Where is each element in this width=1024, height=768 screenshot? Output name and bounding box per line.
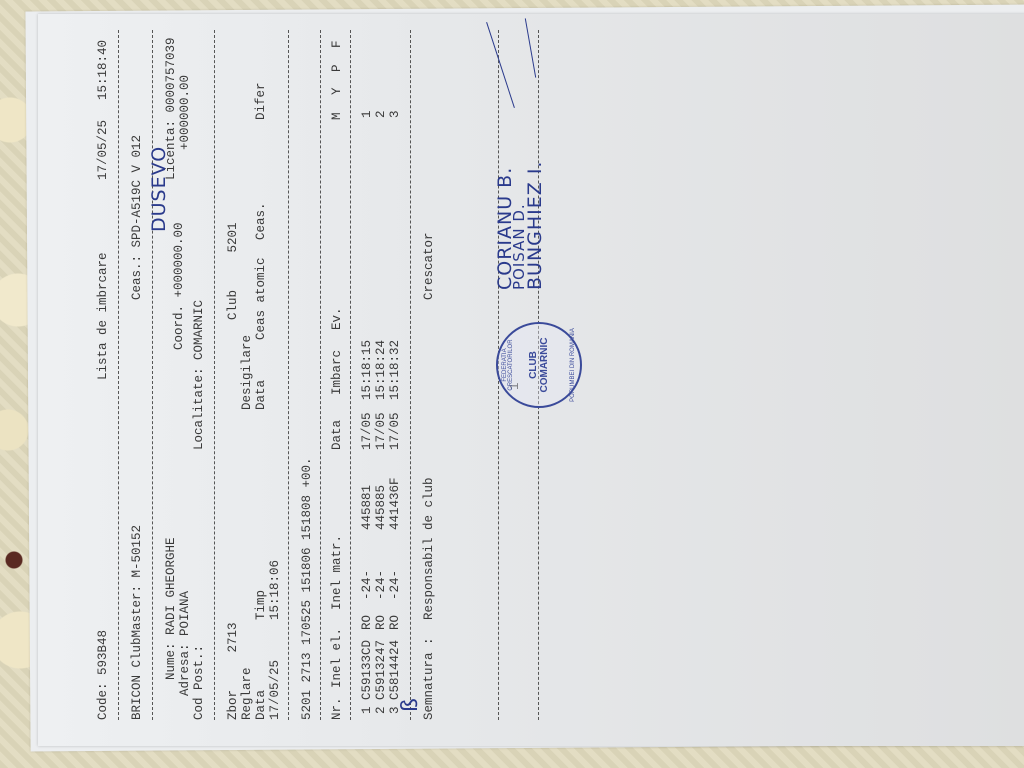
club-stamp: FEDERATIA CRESCATORILOR CLUB COMARNIC PO… — [496, 322, 582, 408]
handwritten-signature: ß — [398, 697, 423, 712]
handwritten-name-3: BUNGHIEZ I. — [524, 161, 546, 290]
zbor-value: 2713 — [226, 622, 240, 652]
code-value: 593B48 — [96, 630, 110, 675]
col-difer: Difer — [254, 82, 269, 120]
crescator-label: Crescator — [422, 232, 437, 300]
document-title: Lista de imbrcare — [96, 252, 111, 380]
divider — [350, 30, 351, 720]
row-year: -24- — [374, 570, 389, 600]
coord-line: Coord. +000000.00 — [172, 222, 187, 350]
desigilare-label: Desigilare — [240, 335, 255, 410]
nume-value: RADI GHEORGHE — [164, 537, 178, 635]
clubmaster-value: M-50152 — [130, 525, 144, 578]
zbor-label: Zbor — [226, 690, 240, 720]
th-y: Y — [330, 87, 345, 95]
row-year: -24- — [388, 570, 403, 600]
col-timp: Timp — [254, 590, 269, 620]
handwritten-locality: DUSEVO — [148, 146, 170, 232]
row-data: 17/05 — [374, 412, 389, 450]
row-nr: 2 — [374, 706, 389, 714]
th-f: F — [330, 40, 345, 48]
row-inel-matr: 445881 — [360, 485, 375, 530]
row-inel-matr: 445885 — [374, 485, 389, 530]
clubmaster-label: BRICON ClubMaster: — [130, 585, 144, 720]
row-inel-el: C59133CD — [360, 640, 375, 700]
adresa-value: POIANA — [178, 591, 192, 636]
th-data: Data — [330, 420, 345, 450]
divider — [320, 30, 321, 720]
responsabil-label: Responsabil de club — [422, 477, 437, 620]
row-m: 2 — [374, 110, 389, 118]
coord-value-1: +000000.00 — [172, 222, 186, 297]
row-imbarc: 15:18:32 — [388, 340, 403, 400]
adresa-label: Adresa: — [178, 643, 192, 696]
col-data-2: Data — [254, 380, 269, 410]
col-ceas-atomic: Ceas atomic — [254, 257, 269, 340]
th-m: M — [330, 112, 345, 120]
stamp-center: CLUB COMARNIC — [528, 324, 550, 406]
print-date: 17/05/25 — [96, 120, 111, 180]
licenta-value: 0000757039 — [164, 37, 178, 112]
row-inel-el: C5913247 — [374, 640, 389, 700]
row-country: RO — [374, 615, 389, 630]
th-nr: Nr. — [330, 697, 345, 720]
stamp-ring-bottom: PORUMBEI DIN ROMANIA — [570, 324, 576, 406]
coord-value-2: +000000.00 — [178, 75, 193, 150]
reglare-data: 17/05/25 — [268, 660, 283, 720]
th-imbarc: Imbarc — [330, 350, 345, 395]
row-country: RO — [388, 615, 403, 630]
stamp-ring-top: FEDERATIA CRESCATORILOR — [502, 324, 514, 406]
ceas-label: Ceas.: — [130, 255, 144, 300]
col-ceas: Ceas. — [254, 202, 269, 240]
nume-label: Nume: — [164, 642, 178, 680]
row-imbarc: 15:18:15 — [360, 340, 375, 400]
row-nr: 1 — [360, 706, 375, 714]
ceas-line: Ceas.: SPD-A519C V 012 — [130, 135, 145, 300]
reglare-timp: 15:18:06 — [268, 560, 283, 620]
coord-label: Coord. — [172, 305, 186, 350]
ceas-value: SPD-A519C V 012 — [130, 135, 144, 248]
divider — [152, 30, 153, 720]
row-inel-matr: 441436F — [388, 477, 403, 530]
localitate-value: COMARNIC — [192, 300, 206, 360]
localitate-label: Localitate: — [192, 367, 206, 450]
adresa-line: Adresa: POIANA — [178, 591, 193, 696]
row-country: RO — [360, 615, 375, 630]
summary-line: 5201 2713 170525 151806 151808 +00. — [300, 457, 315, 720]
semnatura-label: Semnatura : — [422, 637, 437, 720]
row-data: 17/05 — [388, 412, 403, 450]
nume-line: Nume: RADI GHEORGHE — [164, 537, 179, 680]
club-label: Club — [226, 290, 240, 320]
th-inel-matr: Inel matr. — [330, 535, 345, 610]
reglare-label: Reglare — [240, 667, 255, 720]
divider — [410, 30, 411, 720]
row-m: 3 — [388, 110, 403, 118]
row-m: 1 — [360, 110, 375, 118]
th-ev: Ev. — [330, 307, 345, 330]
print-time: 15:18:40 — [96, 40, 111, 100]
divider — [214, 30, 215, 720]
club-value: 5201 — [226, 222, 240, 252]
zbor-line: Zbor 2713 — [226, 622, 241, 720]
localitate-line: Localitate: COMARNIC — [192, 300, 207, 450]
code-line: Code: 593B48 — [96, 630, 111, 720]
divider — [118, 30, 119, 720]
row-year: -24- — [360, 570, 375, 600]
clubmaster-line: BRICON ClubMaster: M-50152 — [130, 525, 145, 720]
row-imbarc: 15:18:24 — [374, 340, 389, 400]
row-inel-el: C5814424 — [388, 640, 403, 700]
codpost-line: Cod Post.: — [192, 637, 207, 720]
codpost-label: Cod Post.: — [192, 645, 206, 720]
th-inel-el: Inel el. — [330, 628, 345, 688]
col-data: Data — [254, 690, 269, 720]
th-p: P — [330, 64, 345, 72]
code-label: Code: — [96, 682, 110, 720]
row-data: 17/05 — [360, 412, 375, 450]
club-line: Club 5201 — [226, 222, 241, 320]
divider — [288, 30, 289, 720]
